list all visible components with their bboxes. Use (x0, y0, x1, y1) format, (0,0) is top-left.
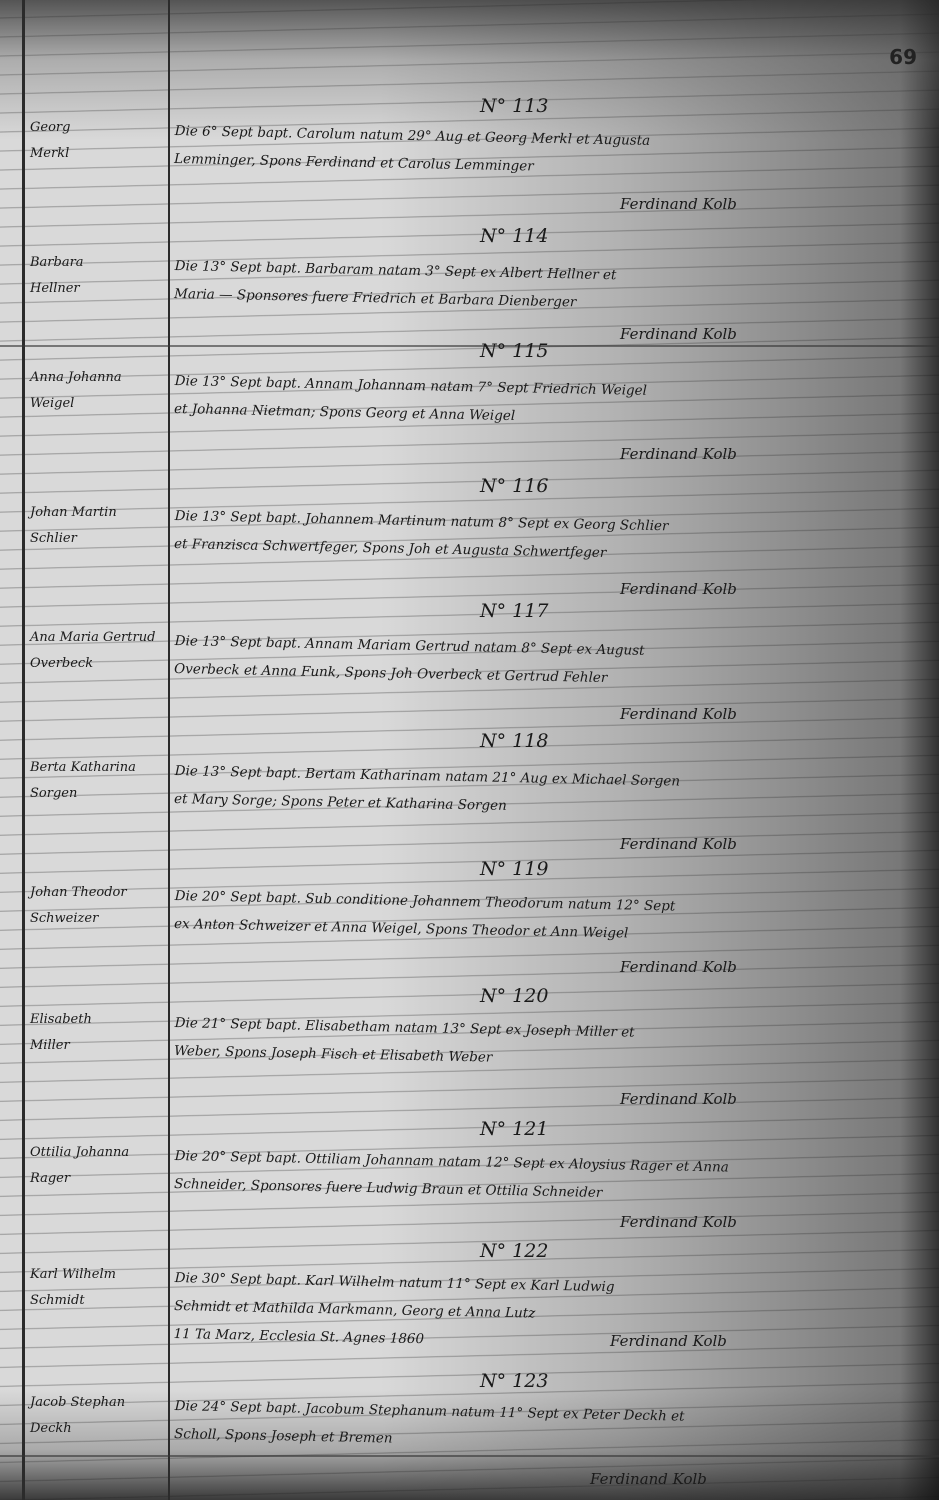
entry-text: Die 13° Sept bapt. Annam Mariam Gertrud … (174, 627, 915, 698)
entry-name: Jacob Stephan Deckh (30, 1390, 165, 1442)
entry-text: Die 13° Sept bapt. Annam Johannam natam … (174, 367, 915, 438)
entry-text: Die 13° Sept bapt. Barbaram natam 3° Sep… (174, 252, 915, 323)
bottom-rule (0, 1455, 939, 1457)
left-margin-line (22, 0, 25, 1500)
entry-number: N° 121 (480, 1118, 548, 1140)
entry-name: Anna Johanna Weigel (30, 365, 165, 417)
entry-name: Berta Katharina Sorgen (30, 755, 165, 807)
entry-name: Georg Merkl (30, 115, 165, 167)
entry-number: N° 116 (480, 475, 548, 497)
entry-name: Karl Wilhelm Schmidt (30, 1262, 165, 1314)
entry-text: Die 20° Sept bapt. Sub conditione Johann… (174, 882, 915, 953)
entry-text: Die 13° Sept bapt. Johannem Martinum nat… (174, 502, 915, 573)
entry-name: Elisabeth Miller (30, 1007, 165, 1059)
entry-number: N° 123 (480, 1370, 548, 1392)
page-number: 69 (889, 45, 917, 69)
entry-name: Johan Martin Schlier (30, 500, 165, 552)
entry-name: Ana Maria Gertrud Overbeck (30, 625, 165, 677)
name-column-line (168, 0, 170, 1500)
entry-text: Die 20° Sept bapt. Ottiliam Johannam nat… (174, 1142, 915, 1213)
entry-text: Die 24° Sept bapt. Jacobum Stephanum nat… (174, 1392, 915, 1463)
signature: Ferdinand Kolb (590, 1470, 707, 1488)
entry-text: Die 21° Sept bapt. Elisabetham natam 13°… (174, 1009, 915, 1080)
entry-text: Die 30° Sept bapt. Karl Wilhelm natum 11… (173, 1264, 915, 1363)
register-page: 69 N° 113 Georg Merkl Die 6° Sept bapt. … (0, 0, 939, 1500)
entry-number: N° 113 (480, 95, 548, 117)
entry-number: N° 122 (480, 1240, 548, 1262)
signature: Ferdinand Kolb (620, 835, 737, 853)
signature: Ferdinand Kolb (620, 705, 737, 723)
entry-number: N° 115 (480, 340, 548, 362)
entry-name: Johan Theodor Schweizer (30, 880, 165, 932)
entry-number: N° 117 (480, 600, 548, 622)
entry-number: N° 120 (480, 985, 548, 1007)
entry-number: N° 118 (480, 730, 548, 752)
entry-number: N° 114 (480, 225, 548, 247)
entry-text: Die 6° Sept bapt. Carolum natum 29° Aug … (174, 117, 915, 188)
entry-divider (0, 345, 939, 347)
signature: Ferdinand Kolb (610, 1332, 727, 1350)
entry-text: Die 13° Sept bapt. Bertam Katharinam nat… (174, 757, 915, 828)
signature: Ferdinand Kolb (620, 958, 737, 976)
entry-number: N° 119 (480, 858, 548, 880)
entry-name: Barbara Hellner (30, 250, 165, 302)
signature: Ferdinand Kolb (620, 580, 737, 598)
signature: Ferdinand Kolb (620, 445, 737, 463)
signature: Ferdinand Kolb (620, 1213, 737, 1231)
signature: Ferdinand Kolb (620, 195, 737, 213)
entry-name: Ottilia Johanna Rager (30, 1140, 165, 1192)
signature: Ferdinand Kolb (620, 325, 737, 343)
signature: Ferdinand Kolb (620, 1090, 737, 1108)
